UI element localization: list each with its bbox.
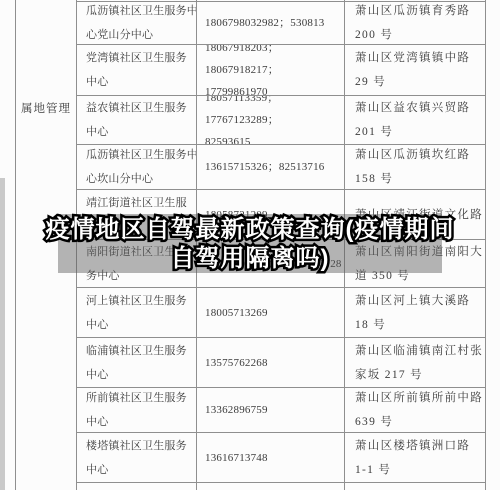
center-name-cell: 临浦镇社区卫生服务 中心 — [77, 338, 197, 388]
address-cell: 萧山区党湾镇镇中路 29 号 — [345, 45, 486, 96]
phone-cell: 18005713269 — [197, 288, 345, 338]
table-row-stub — [345, 483, 486, 490]
watermark-title: 疫情地区自驾最新政策查询(疫情期间 自驾用隔离吗) — [58, 214, 442, 273]
center-name-cell: 所前镇社区卫生服务 中心 — [77, 388, 197, 433]
address-cell: 萧山区临浦镇南江村张 家坂 217 号 — [345, 338, 486, 388]
address-cell: 萧山区河上镇大溪路 18 号 — [345, 288, 486, 338]
phone-cell: 13616713748 — [197, 433, 345, 483]
center-name-cell: 河上镇社区卫生服务 中心 — [77, 288, 197, 338]
table-row-stub — [77, 483, 197, 490]
phone-cell: 18057113359；17767123289； 82593615 — [197, 96, 345, 145]
phone-cell: 13362896759 — [197, 388, 345, 433]
phone-cell: 13615715326；82513716 — [197, 145, 345, 190]
address-cell: 萧山区瓜沥镇坎红路 158 号 — [345, 145, 486, 190]
page-edge-shadow — [0, 178, 5, 490]
center-name-cell: 瓜沥镇社区卫生服务中 心坎山分中心 — [77, 145, 197, 190]
center-name-cell: 楼塔镇社区卫生服务 中心 — [77, 433, 197, 483]
address-cell: 萧山区所前镇所前中路 639 号 — [345, 388, 486, 433]
phone-cell: 13575762268 — [197, 338, 345, 388]
address-cell: 萧山区瓜沥镇育秀路 200 号 — [345, 2, 486, 45]
center-name-cell: 党湾镇社区卫生服务 中心 — [77, 45, 197, 96]
watermark-overlay: 疫情地区自驾最新政策查询(疫情期间 自驾用隔离吗) 疫情地区自驾最新政策查询(疫… — [58, 214, 442, 273]
center-name-cell: 瓜沥镇社区卫生服务中 心党山分中心 — [77, 2, 197, 45]
address-cell: 萧山区益农镇兴贸路 201 号 — [345, 96, 486, 145]
table-row-stub — [197, 483, 345, 490]
phone-cell: 18067918203；18067918217； 17799861970 — [197, 45, 345, 96]
address-cell: 萧山区楼塔镇洲口路 1-1 号 — [345, 433, 486, 483]
center-name-cell: 益农镇社区卫生服务 中心 — [77, 96, 197, 145]
phone-cell: 1806798032982；530813 — [197, 2, 345, 45]
